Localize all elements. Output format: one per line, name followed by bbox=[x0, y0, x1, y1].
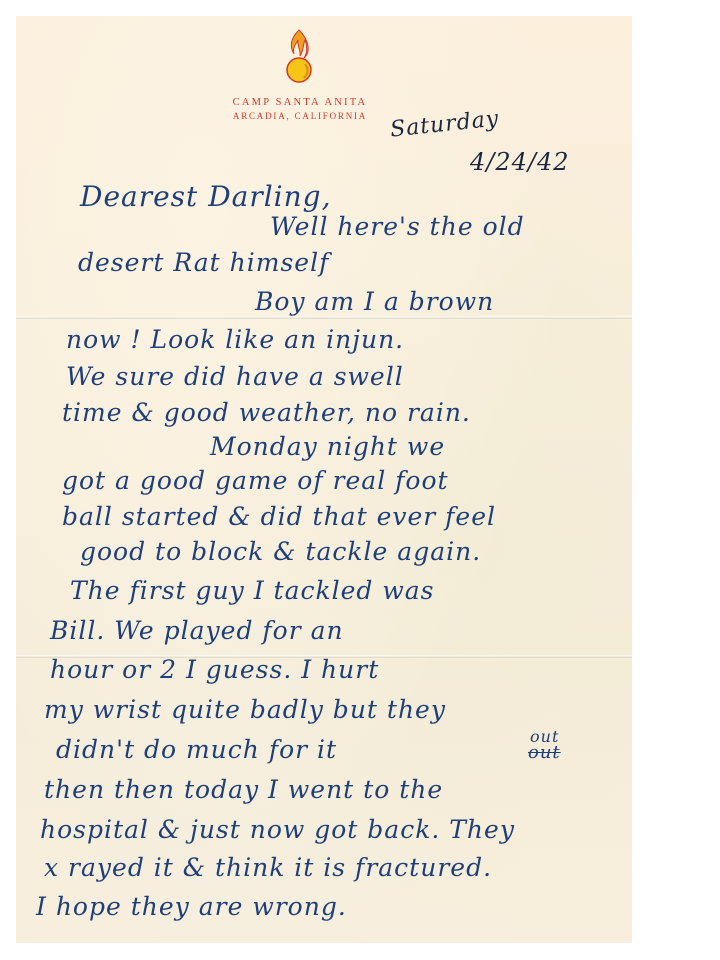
body-line: The first guy I tackled was bbox=[70, 576, 435, 605]
body-line: Well here's the old bbox=[270, 212, 525, 241]
body-line: desert Rat himself bbox=[78, 248, 329, 277]
letterhead-camp-name: CAMP SANTA ANITA bbox=[200, 97, 400, 108]
body-line: hospital & just now got back. They bbox=[40, 815, 515, 844]
body-line: Monday night we bbox=[210, 432, 445, 461]
body-line: I hope they are wrong. bbox=[36, 892, 347, 921]
body-line: now ! Look like an injun. bbox=[66, 325, 404, 354]
flaming-bomb-emblem-icon bbox=[281, 28, 317, 84]
body-line: We sure did have a swell bbox=[66, 362, 404, 391]
body-line: hour or 2 I guess. I hurt bbox=[50, 655, 379, 684]
body-line: ball started & did that ever feel bbox=[62, 502, 496, 531]
letterhead-location: ARCADIA, CALIFORNIA bbox=[200, 111, 400, 121]
body-line: time & good weather, no rain. bbox=[62, 398, 471, 427]
body-line: then then today I went to the bbox=[44, 775, 443, 804]
body-line: didn't do much for it bbox=[56, 735, 337, 764]
date-numeric: 4/24/42 bbox=[470, 148, 570, 176]
body-line: my wrist quite badly but they bbox=[44, 695, 446, 724]
body-line: Bill. We played for an bbox=[50, 616, 344, 645]
body-line: Boy am I a brown bbox=[255, 287, 494, 316]
body-line: good to block & tackle again. bbox=[80, 537, 481, 566]
fold-line bbox=[16, 316, 632, 319]
body-line: x rayed it & think it is fractured. bbox=[44, 853, 492, 882]
body-line: got a good game of real foot bbox=[62, 466, 449, 495]
struck-word: out bbox=[528, 742, 561, 763]
salutation: Dearest Darling, bbox=[80, 180, 331, 213]
